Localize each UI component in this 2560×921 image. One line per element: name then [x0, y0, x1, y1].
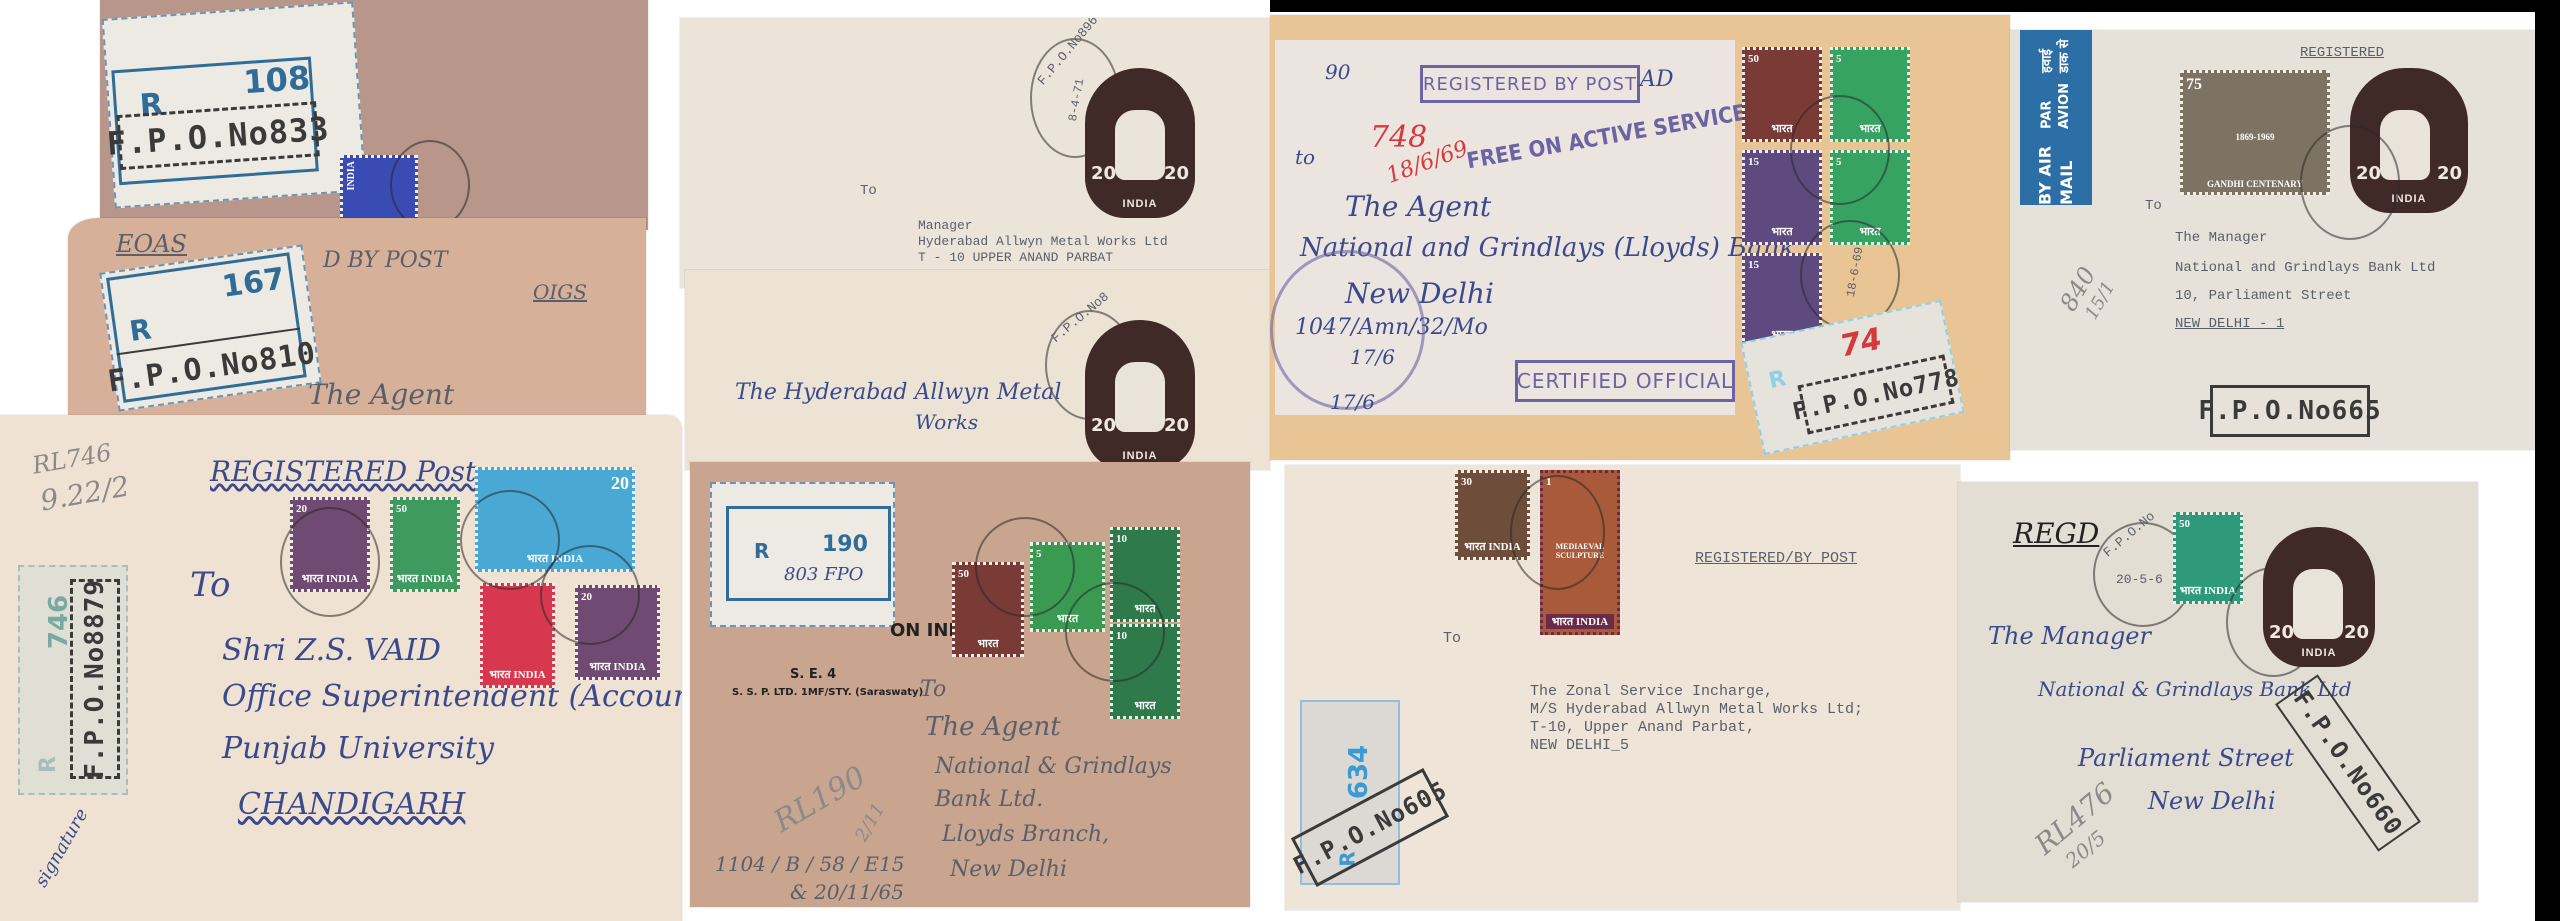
printed-printer: S. S. P. LTD. 1MF/STY. (Saraswaty) [732, 687, 923, 698]
postmark [2300, 125, 2400, 240]
address-line-1: The Manager [1988, 622, 2151, 650]
address-line-1: The Hyderabad Allwyn Metal [735, 380, 1061, 405]
address-line-1: The Agent [925, 712, 1061, 742]
postal-cover-fpo-833: R 108 F.P.O.No833 INDIA [100, 0, 648, 230]
handwritten-side-note: OIGS [533, 280, 587, 304]
address-line-1: Shri Z.S. VAID [222, 633, 441, 668]
reg-number: 190 [822, 532, 868, 557]
fpo-cancel: F.P.O.No778 [1797, 354, 1954, 434]
postmark-date: 20-5-6 [2116, 572, 2163, 587]
address-line-3: Bank Ltd. [935, 787, 1043, 812]
address-line-3: T-10, Upper Anand Parbat, [1530, 719, 1755, 736]
registration-label: R 108 F.P.O.No833 [102, 1, 367, 208]
registration-label: R 190 803 FPO [710, 482, 895, 627]
address-line-3: Parliament Street [2078, 744, 2294, 772]
embossed-indicium: 20 20 INDIA [2263, 527, 2375, 667]
address-line-4: NEW DELHI_5 [1530, 737, 1629, 754]
mango-stamp: 50 भारत INDIA [2173, 512, 2243, 604]
postmark-2 [1065, 582, 1165, 682]
postal-cover-fpo-8879: RL746 9.22/2 REGISTERED Post To Shri Z.S… [0, 415, 682, 921]
postmark-3 [540, 545, 640, 645]
to-label: To [920, 677, 946, 702]
postmark-1 [280, 507, 380, 617]
address-line-1: The Agent [1345, 190, 1491, 223]
cover-heading: REGISTERED/BY POST [1695, 550, 1857, 567]
address-line-1: Manager [918, 218, 973, 233]
to-label: To [1443, 630, 1461, 647]
reference-line-3: 17/6 [1330, 390, 1375, 414]
postal-cover-fpo-810: EOAS D BY POST OIGS The Agent R 167 F.P.… [68, 218, 646, 418]
reg-number: 634 [1344, 745, 1374, 799]
lion-capital-icon [2293, 569, 2343, 639]
embossed-indicium: 20 20 INDIA [1085, 320, 1195, 470]
reg-handwritten: 803 FPO [784, 564, 863, 585]
registration-label: 746 R F.P.O.No8879 [18, 565, 128, 795]
postal-cover-fpo-665: BY AIR MAIL PAR AVION हवाई डाक से REGIST… [2010, 30, 2535, 450]
registered-box-stamp: REGISTERED BY POST [1420, 65, 1640, 103]
postmark [1510, 475, 1605, 590]
handwritten-heading: D BY POST [323, 248, 448, 273]
postal-cover-hyderabad-allwyn: F.P.O.No8 20 20 INDIA The Agent The Hyde… [685, 270, 1270, 470]
registration-label: R 167 F.P.O.No810 [99, 244, 321, 411]
scan-border-right [2535, 0, 2560, 921]
certified-official-stamp: CERTIFIED OFFICIAL [1515, 360, 1735, 402]
postal-cover-fpo-778: 90 REGISTERED BY POST AD FREE ON ACTIVE … [1270, 15, 2010, 460]
address-line-3: 10, Parliament Street [2175, 288, 2351, 304]
pencil-note-date: 2/11 [851, 800, 889, 846]
ad-note: AD [1640, 67, 1674, 92]
handwritten-address: The Agent [308, 378, 454, 411]
airmail-etiquette: BY AIR MAIL PAR AVION हवाई डाक से [2020, 30, 2092, 205]
embossed-indicium: 20 20 INDIA [1085, 68, 1195, 218]
handwritten-corner-note: EOAS [116, 230, 187, 258]
postmark-1 [1790, 95, 1890, 205]
scan-border-top [1270, 0, 2560, 12]
to-label: to [1295, 145, 1315, 169]
address-line-1: The Manager [2175, 230, 2267, 246]
address-line-4: NEW DELHI - 1 [2175, 316, 2284, 332]
printed-code: S. E. 4 [790, 667, 836, 682]
address-line-2: National and Grindlays Bank Ltd [2175, 260, 2435, 276]
postage-stamp-2: 50 भारत INDIA [390, 497, 460, 592]
address-line-3: Punjab University [222, 731, 494, 766]
reg-number: 108 [242, 59, 311, 102]
postmark-1 [975, 517, 1075, 617]
to-label: To [860, 183, 877, 199]
reference-line-2: 17/6 [1350, 345, 1395, 369]
address-line-1: The Zonal Service Incharge, [1530, 683, 1773, 700]
address-line-3: T - 10 UPPER ANAND PARBAT [918, 250, 1113, 265]
note-corner: 90 [1325, 60, 1350, 84]
reg-prefix: R [754, 539, 769, 563]
postal-cover-fpo-605: 30 भारत INDIA 1 MEDIAEVAL SCULPTURE भारत… [1285, 465, 1960, 910]
address-line-2: M/S Hyderabad Allwyn Metal Works Ltd; [1530, 701, 1863, 718]
signature: signature [31, 805, 93, 891]
address-line-5: New Delhi [950, 857, 1067, 882]
address-line-4: New Delhi [2148, 787, 2276, 815]
address-line-2: Works [915, 410, 978, 434]
postal-cover-fpo-660: REGD F.P.O.No 20-5-6 50 भारत INDIA 20 20… [1958, 482, 2478, 902]
reg-prefix: R [36, 756, 61, 773]
reg-number: 74 [1837, 322, 1885, 365]
postal-cover-fpo-190: R 190 803 FPO ON INDI S. E. 4 S. S. P. L… [690, 462, 1250, 907]
address-line-4: Lloyds Branch, [942, 822, 1109, 847]
reg-prefix: R [1767, 366, 1789, 394]
lion-capital-icon [1115, 362, 1165, 432]
postal-cover-fpo-896: F.P.O.No896 8-4-71 20 20 INDIA To Manage… [680, 18, 1270, 288]
address-line-2: Hyderabad Allwyn Metal Works Ltd [918, 234, 1168, 249]
reference-line-2: & 20/11/65 [790, 880, 904, 904]
to-label: To [190, 565, 231, 605]
red-note-number: 748 [1370, 120, 1427, 155]
address-line-2: Office Superintendent (Accounts) [222, 679, 682, 714]
lion-capital-icon [1115, 110, 1165, 180]
address-line-4: CHANDIGARH [238, 787, 465, 822]
fpo-cancel: F.P.O.No8879 [70, 579, 120, 779]
cover-heading: REGISTERED [2300, 45, 2384, 61]
reference-line-1: 1047/Amn/32/Mo [1295, 315, 1488, 340]
postmark [390, 140, 470, 230]
to-label: To [2145, 198, 2162, 214]
address-line-2: National & Grindlays [935, 754, 1172, 779]
cover-heading: REGISTERED Post [210, 455, 476, 488]
cover-heading: REGD [2013, 517, 2099, 550]
fpo-cancel: F.P.O.No665 [2210, 385, 2370, 437]
reg-prefix: R [127, 312, 153, 348]
reference-line-1: 1104 / B / 58 / E15 [715, 852, 904, 876]
